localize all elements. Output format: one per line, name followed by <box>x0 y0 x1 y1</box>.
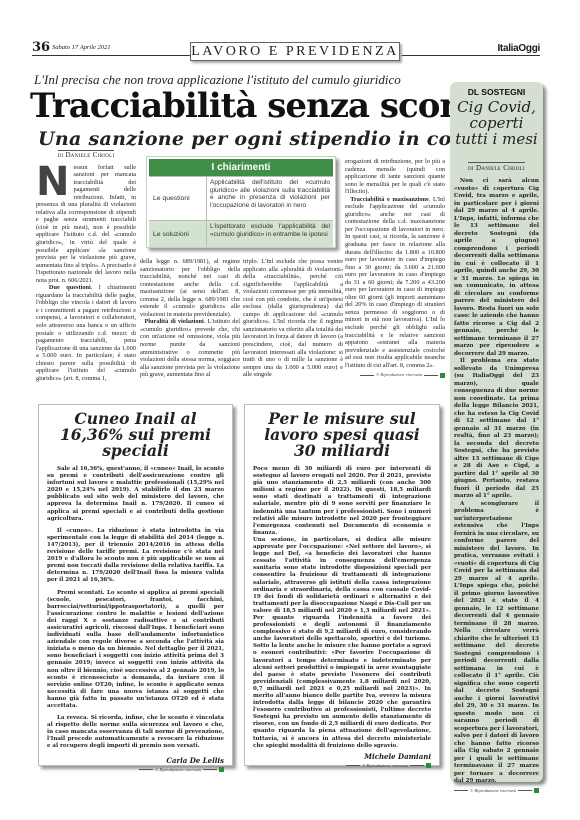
info-box-text: Applicabilità dell'istituto del «cumulo … <box>207 177 333 220</box>
paragraph: erogazioni di retribuzione, per lo più a… <box>345 158 445 196</box>
box-title: Per le misure sul lavoro spesi quasi 30 … <box>253 411 431 459</box>
article-byline: di Daniele Cirioli <box>58 150 115 160</box>
paragraph: Il problema era stato sollevato da Unimp… <box>454 358 539 501</box>
author-signature: Michele Damiani <box>253 752 431 761</box>
box-title: Cuneo Inail al 16,36% sui premi speciali <box>47 411 224 459</box>
page-number: 36 <box>32 40 53 55</box>
copyright-notice: © Riproduzione riservata <box>454 788 539 793</box>
copyright-notice: © Riproduzione riservata <box>47 767 224 772</box>
sidebar-title: Cig Covid, coperti tutti i mesi <box>454 99 539 147</box>
article-headline: Tracciabilità senza sconti <box>30 86 490 126</box>
box-body: Sale al 16,36%, quest'anno, il «cuneo» I… <box>47 466 224 751</box>
paragraph: Una sezione, in particolare, si dedica a… <box>253 537 431 750</box>
info-box-row-questions: Le questioni Applicabilità dell'istituto… <box>149 176 333 220</box>
info-box-chiarimenti: I chiarimenti Le questioni Applicabilità… <box>146 156 336 248</box>
brand-logo: ItaliaOggi <box>493 43 540 54</box>
sidebar-tag: DL SOSTEGNI <box>454 87 539 97</box>
box-cuneo-inail: Cuneo Inail al 16,36% sui premi speciali… <box>38 404 233 766</box>
article-column-3: triplo. L'Inl esclude che possa venire a… <box>243 258 343 390</box>
box-body: Poco meno di 30 miliardi di euro per int… <box>253 466 431 750</box>
info-box-label: Le questioni <box>149 177 207 220</box>
paragraph: Il «cuneo». La riduzione è stata introdo… <box>47 528 224 585</box>
author-signature: Carla De Lellis <box>47 756 224 765</box>
paragraph: triplo. L'Inl esclude che possa venire a… <box>243 258 343 379</box>
paragraph: . I chiarimenti riguardano la tracciabil… <box>36 284 136 382</box>
paragraph: Premi scontati. Lo sconto si applica ai … <box>47 590 224 711</box>
green-square-icon <box>440 373 445 378</box>
paragraph-heading: Tracciabilità e maxisanzione <box>350 196 429 203</box>
paragraph-heading: Pluralità di violazioni <box>144 318 203 325</box>
paragraph-heading: Due questioni <box>49 284 91 291</box>
newspaper-page: 36 Sabato 17 Aprile 2021 LAVORO E PREVID… <box>0 0 580 820</box>
paragraph: della legge n. 689/1981), al regime sanz… <box>140 258 240 318</box>
page-date: Sabato 17 Aprile 2021 <box>52 44 114 51</box>
info-box-title: I chiarimenti <box>149 159 333 176</box>
page-header: 36 Sabato 17 Aprile 2021 LAVORO E PREVID… <box>32 40 540 62</box>
paragraph: La revoca. Si ricorda, infine, che lo sc… <box>47 715 224 750</box>
dropcap: N <box>36 165 69 199</box>
article-subhead: Una sanzione per ogni stipendio in conta… <box>38 128 518 150</box>
section-title: LAVORO E PREVIDENZA <box>190 42 400 61</box>
green-square-icon <box>219 767 224 772</box>
paragraph: Sale al 16,36%, quest'anno, il «cuneo» I… <box>47 466 224 523</box>
info-box-label: Le soluzioni <box>149 221 207 247</box>
info-box-text: L'ispettorato esclude l'applicabilità de… <box>207 221 333 247</box>
copyright-notice: © Riproduzione riservata <box>253 763 431 768</box>
article-column-1: di Daniele Cirioli Nessun forfait sulle … <box>36 150 136 390</box>
box-misure-lavoro: Per le misure sul lavoro spesi quasi 30 … <box>244 404 440 766</box>
paragraph: Poco meno di 30 miliardi di euro per int… <box>253 466 431 537</box>
sidebar-dl-sostegni: DL SOSTEGNI Cig Covid, coperti tutti i m… <box>450 82 543 782</box>
info-box-row-solutions: Le soluzioni L'ispettorato esclude l'app… <box>149 220 333 247</box>
paragraph: A scongiurare il problema è un'interpret… <box>454 501 539 786</box>
paragraph: . L'istituto del «cumulo giuridico» prev… <box>140 318 240 378</box>
green-square-icon <box>426 763 431 768</box>
article-column-4: erogazioni di retribuzione, per lo più a… <box>345 158 445 396</box>
green-square-icon <box>534 788 539 793</box>
paragraph: . L'Inl esclude l'applicazione del «cumu… <box>345 196 445 369</box>
copyright-notice: © Riproduzione riservata <box>345 371 445 379</box>
sidebar-body: Non ci sarà alcun «vuoto» di copertura C… <box>454 178 539 786</box>
sidebar-byline: di Daniele Cirioli <box>468 162 525 172</box>
article-column-2: della legge n. 689/1981), al regime sanz… <box>140 258 240 390</box>
paragraph: Non ci sarà alcun «vuoto» di copertura C… <box>454 178 539 358</box>
